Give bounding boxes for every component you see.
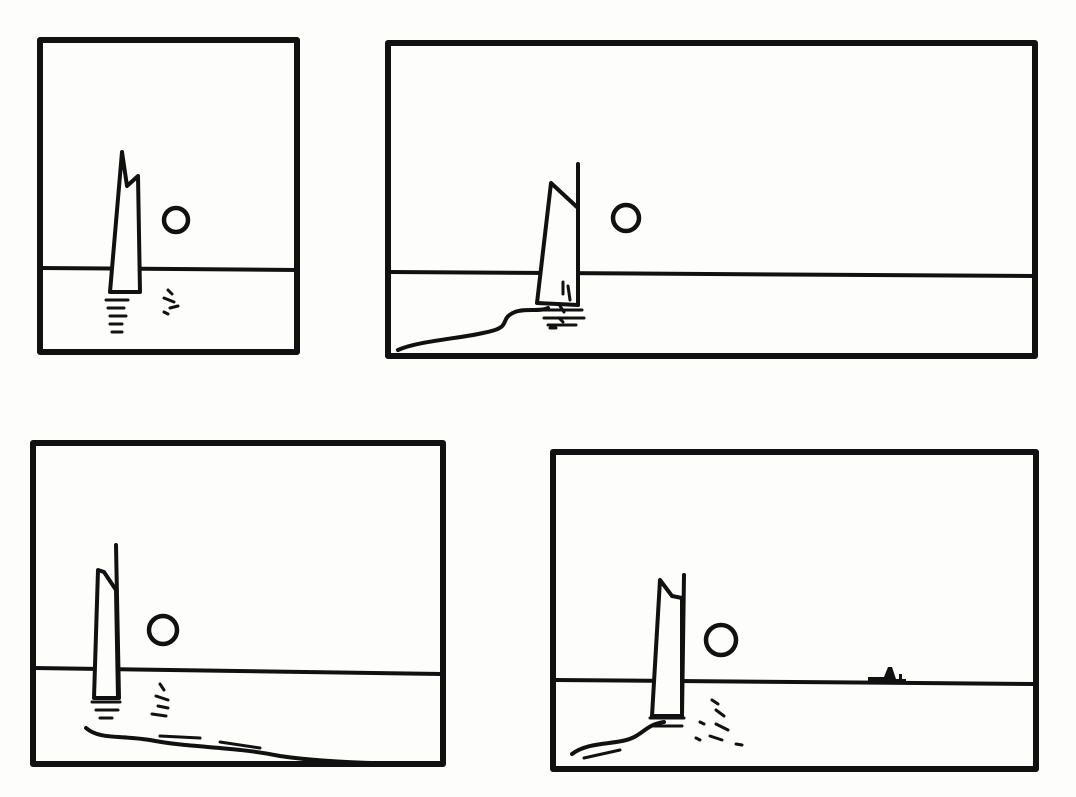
shoreline xyxy=(86,728,440,764)
panel-frame xyxy=(33,443,443,764)
sailboat xyxy=(110,152,140,292)
panel-1 xyxy=(40,40,297,352)
panel-4 xyxy=(553,452,1036,769)
sun xyxy=(164,208,188,232)
panel-frame xyxy=(553,452,1036,769)
horizon-line xyxy=(554,680,1034,684)
sailboat xyxy=(94,545,119,698)
reflection xyxy=(106,290,178,332)
sun xyxy=(613,205,639,231)
sailboat xyxy=(537,164,578,305)
panel-frame xyxy=(40,40,297,352)
shoreline-detail xyxy=(584,750,620,758)
sun xyxy=(149,616,177,644)
panel-3 xyxy=(33,443,443,764)
horizon-line xyxy=(390,272,1033,276)
panel-frame xyxy=(388,43,1035,356)
panel-2 xyxy=(388,43,1035,356)
sun xyxy=(706,625,736,655)
sailboat xyxy=(652,575,684,716)
horizon-line xyxy=(40,268,297,270)
shoreline xyxy=(398,308,548,350)
distant-steamer xyxy=(868,667,906,684)
sketch-sheet xyxy=(0,0,1076,797)
